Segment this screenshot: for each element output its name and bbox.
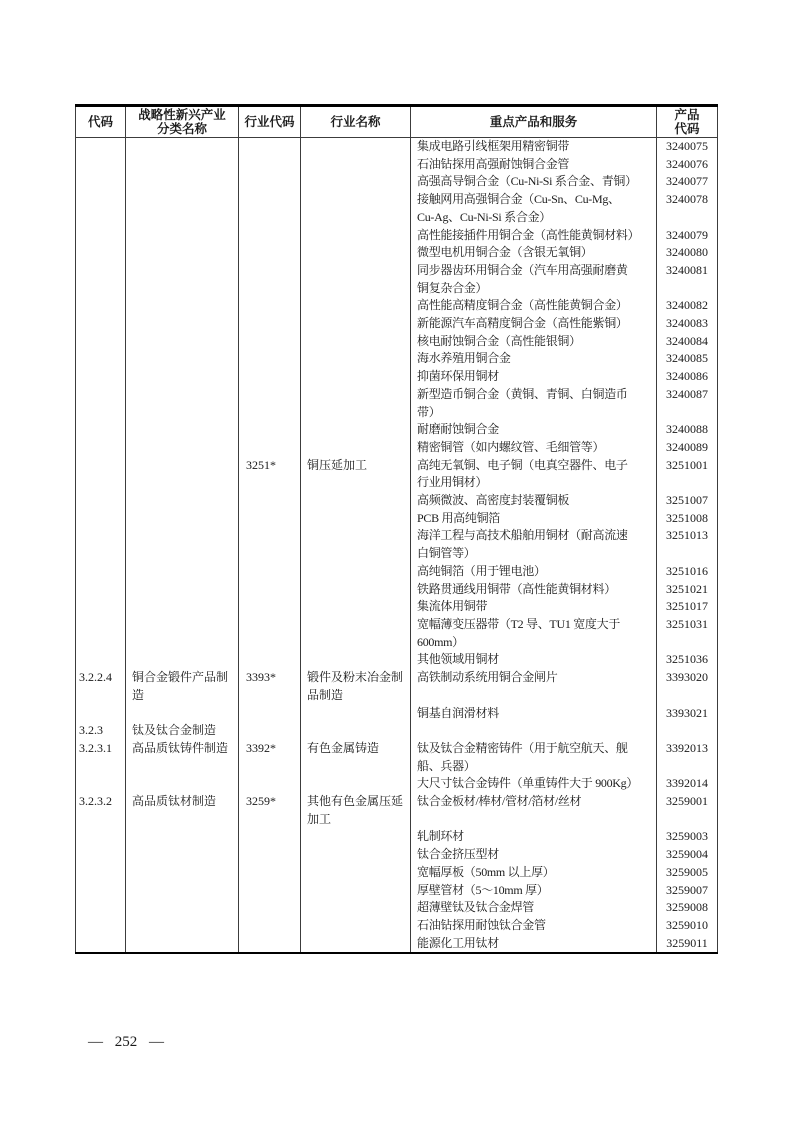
cell-industry-name: [301, 705, 411, 723]
table-row: 精密铜管（如内螺纹管、毛细管等）3240089: [76, 439, 718, 457]
table-row: 集流体用铜带3251017: [76, 598, 718, 616]
cell-category-name: [126, 244, 239, 262]
table-header: 代码战略性新兴产业 分类名称行业代码行业名称重点产品和服务产品 代码: [76, 106, 718, 138]
cell-industry-code: [239, 439, 301, 457]
cell-code: [76, 492, 126, 510]
cell-industry-code: 3392*: [239, 740, 301, 775]
table-row: 新能源汽车高精度铜合金（高性能紫铜）3240083: [76, 315, 718, 333]
cell-product: 宽幅薄变压器带（T2 导、TU1 宽度大于 600mm）: [411, 616, 657, 651]
cell-industry-name: [301, 864, 411, 882]
table-row: 厚壁管材（5～10mm 厚）3259007: [76, 882, 718, 900]
cell-code: [76, 368, 126, 386]
cell-product: 高纯铜箔（用于锂电池）: [411, 563, 657, 581]
cell-product-code: 3259010: [657, 917, 718, 935]
cell-category-name: [126, 333, 239, 351]
cell-code: [76, 651, 126, 669]
cell-product: 超薄壁钛及钛合金焊管: [411, 899, 657, 917]
cell-category-name: [126, 510, 239, 528]
cell-product: 高铁制动系统用铜合金闸片: [411, 669, 657, 704]
cell-product-code: 3240087: [657, 386, 718, 421]
cell-category-name: [126, 616, 239, 651]
table-row: 宽幅薄变压器带（T2 导、TU1 宽度大于 600mm）3251031: [76, 616, 718, 651]
cell-category-name: [126, 882, 239, 900]
cell-product: 高纯无氧铜、电子铜（电真空器件、电子 行业用铜材）: [411, 457, 657, 492]
cell-product: 新型造币铜合金（黄铜、青铜、白铜造币 带）: [411, 386, 657, 421]
cell-industry-code: [239, 935, 301, 954]
cell-category-name: [126, 935, 239, 954]
cell-industry-code: [239, 297, 301, 315]
cell-industry-name: [301, 492, 411, 510]
cell-industry-name: [301, 775, 411, 793]
cell-product: 新能源汽车高精度铜合金（高性能紫铜）: [411, 315, 657, 333]
cell-category-name: [126, 563, 239, 581]
cell-code: [76, 315, 126, 333]
table-row: 海水养殖用铜合金3240085: [76, 350, 718, 368]
cell-industry-name: [301, 882, 411, 900]
cell-industry-name: [301, 421, 411, 439]
table-row: 宽幅厚板（50mm 以上厚）3259005: [76, 864, 718, 882]
cell-category-name: [126, 917, 239, 935]
cell-code: [76, 882, 126, 900]
cell-industry-code: [239, 262, 301, 297]
table-row: 其他领域用铜材3251036: [76, 651, 718, 669]
cell-industry-code: [239, 191, 301, 226]
cell-product: 其他领域用铜材: [411, 651, 657, 669]
cell-code: 3.2.3: [76, 722, 126, 740]
cell-industry-code: 3259*: [239, 793, 301, 828]
cell-code: [76, 616, 126, 651]
cell-product-code: 3393021: [657, 705, 718, 723]
cell-product-code: 3393020: [657, 669, 718, 704]
table-row: 轧制环材3259003: [76, 828, 718, 846]
cell-code: [76, 563, 126, 581]
cell-product-code: 3251021: [657, 581, 718, 599]
cell-product: 石油钻探用高强耐蚀铜合金管: [411, 156, 657, 174]
cell-category-name: [126, 846, 239, 864]
header-product-code: 产品 代码: [657, 106, 718, 138]
table-row: 3.2.3钛及钛合金制造: [76, 722, 718, 740]
cell-product: 耐磨耐蚀铜合金: [411, 421, 657, 439]
cell-industry-name: [301, 917, 411, 935]
cell-product: 轧制环材: [411, 828, 657, 846]
cell-category-name: [126, 527, 239, 562]
cell-code: [76, 386, 126, 421]
cell-industry-name: [301, 828, 411, 846]
cell-industry-code: 3393*: [239, 669, 301, 704]
cell-code: [76, 864, 126, 882]
cell-code: [76, 138, 126, 156]
cell-product-code: 3259007: [657, 882, 718, 900]
table-row: 海洋工程与高技术船舶用铜材（耐高流速 白铜管等）3251013: [76, 527, 718, 562]
document-page: 代码战略性新兴产业 分类名称行业代码行业名称重点产品和服务产品 代码 集成电路引…: [0, 0, 793, 1122]
cell-code: [76, 227, 126, 245]
cell-industry-name: [301, 138, 411, 156]
cell-category-name: [126, 828, 239, 846]
cell-code: [76, 705, 126, 723]
cell-code: 3.2.3.1: [76, 740, 126, 775]
cell-category-name: [126, 705, 239, 723]
cell-code: [76, 846, 126, 864]
cell-industry-code: [239, 510, 301, 528]
cell-code: 3.2.3.2: [76, 793, 126, 828]
header-key-products: 重点产品和服务: [411, 106, 657, 138]
cell-industry-name: [301, 156, 411, 174]
cell-product: 能源化工用钛材: [411, 935, 657, 954]
cell-industry-name: [301, 581, 411, 599]
cell-product: [411, 722, 657, 740]
cell-code: [76, 828, 126, 846]
table-row: 3.2.3.2高品质钛材制造3259*其他有色金属压延 加工钛合金板材/棒材/管…: [76, 793, 718, 828]
cell-industry-name: [301, 386, 411, 421]
cell-code: [76, 935, 126, 954]
cell-product-code: 3392014: [657, 775, 718, 793]
cell-product-code: 3259004: [657, 846, 718, 864]
cell-code: [76, 350, 126, 368]
cell-industry-name: [301, 527, 411, 562]
cell-code: [76, 421, 126, 439]
cell-product-code: 3259001: [657, 793, 718, 828]
cell-product-code: 3251031: [657, 616, 718, 651]
cell-product: 高强高导铜合金（Cu-Ni-Si 系合金、青铜）: [411, 173, 657, 191]
table-row: 集成电路引线框架用精密铜带3240075: [76, 138, 718, 156]
cell-product-code: 3240079: [657, 227, 718, 245]
cell-product: 精密铜管（如内螺纹管、毛细管等）: [411, 439, 657, 457]
cell-product: 集成电路引线框架用精密铜带: [411, 138, 657, 156]
cell-category-name: [126, 439, 239, 457]
cell-product: 海洋工程与高技术船舶用铜材（耐高流速 白铜管等）: [411, 527, 657, 562]
table-row: 超薄壁钛及钛合金焊管3259008: [76, 899, 718, 917]
cell-industry-code: [239, 882, 301, 900]
cell-code: [76, 191, 126, 226]
header-industry-code: 行业代码: [239, 106, 301, 138]
cell-product: 铜基自润滑材料: [411, 705, 657, 723]
cell-industry-code: [239, 227, 301, 245]
cell-industry-name: [301, 899, 411, 917]
cell-industry-name: [301, 598, 411, 616]
header-category-name: 战略性新兴产业 分类名称: [126, 106, 239, 138]
cell-product-code: 3251016: [657, 563, 718, 581]
table-row: 高强高导铜合金（Cu-Ni-Si 系合金、青铜）3240077: [76, 173, 718, 191]
cell-product-code: [657, 722, 718, 740]
cell-industry-name: [301, 227, 411, 245]
cell-product: 宽幅厚板（50mm 以上厚）: [411, 864, 657, 882]
cell-industry-name: [301, 935, 411, 954]
cell-product-code: 3240076: [657, 156, 718, 174]
cell-category-name: [126, 651, 239, 669]
cell-product-code: 3240085: [657, 350, 718, 368]
cell-industry-code: [239, 350, 301, 368]
cell-product: 石油钻探用耐蚀钛合金管: [411, 917, 657, 935]
table-row: 同步器齿环用铜合金（汽车用高强耐磨黄 铜复杂合金）3240081: [76, 262, 718, 297]
cell-category-name: [126, 581, 239, 599]
table-header-row: 代码战略性新兴产业 分类名称行业代码行业名称重点产品和服务产品 代码: [76, 106, 718, 138]
cell-product-code: 3251008: [657, 510, 718, 528]
cell-category-name: [126, 864, 239, 882]
cell-industry-code: [239, 492, 301, 510]
cell-industry-code: [239, 846, 301, 864]
cell-category-name: [126, 315, 239, 333]
cell-product-code: 3240081: [657, 262, 718, 297]
cell-industry-code: [239, 315, 301, 333]
cell-product-code: 3240086: [657, 368, 718, 386]
cell-industry-code: [239, 705, 301, 723]
cell-code: [76, 333, 126, 351]
cell-category-name: [126, 227, 239, 245]
table-body: 集成电路引线框架用精密铜带3240075石油钻探用高强耐蚀铜合金管3240076…: [76, 138, 718, 954]
table-row: 高纯铜箔（用于锂电池）3251016: [76, 563, 718, 581]
cell-category-name: [126, 386, 239, 421]
cell-industry-code: [239, 598, 301, 616]
cell-product-code: 3240088: [657, 421, 718, 439]
cell-code: [76, 899, 126, 917]
cell-industry-code: [239, 563, 301, 581]
cell-category-name: [126, 156, 239, 174]
cell-product-code: 3240080: [657, 244, 718, 262]
cell-industry-name: 锻件及粉末冶金制 品制造: [301, 669, 411, 704]
cell-product: PCB 用高纯铜箔: [411, 510, 657, 528]
cell-product-code: 3240077: [657, 173, 718, 191]
cell-category-name: 铜合金锻件产品制 造: [126, 669, 239, 704]
cell-category-name: [126, 421, 239, 439]
cell-product: 大尺寸钛合金铸件（单重铸件大于 900Kg）: [411, 775, 657, 793]
cell-industry-name: [301, 368, 411, 386]
cell-industry-code: [239, 651, 301, 669]
header-industry-name: 行业名称: [301, 106, 411, 138]
cell-industry-code: 3251*: [239, 457, 301, 492]
cell-product-code: 3259011: [657, 935, 718, 954]
cell-industry-code: [239, 138, 301, 156]
cell-industry-code: [239, 917, 301, 935]
table-row: 抑菌环保用铜材3240086: [76, 368, 718, 386]
cell-product: 钛及钛合金精密铸件（用于航空航天、舰 船、兵器）: [411, 740, 657, 775]
cell-category-name: 高品质钛铸件制造: [126, 740, 239, 775]
cell-product: 高性能接插件用铜合金（高性能黄铜材料）: [411, 227, 657, 245]
cell-product-code: 3392013: [657, 740, 718, 775]
cell-category-name: [126, 350, 239, 368]
cell-industry-name: [301, 262, 411, 297]
cell-industry-name: 有色金属铸造: [301, 740, 411, 775]
cell-category-name: [126, 457, 239, 492]
cell-category-name: [126, 173, 239, 191]
cell-code: [76, 262, 126, 297]
cell-product: 同步器齿环用铜合金（汽车用高强耐磨黄 铜复杂合金）: [411, 262, 657, 297]
cell-category-name: 钛及钛合金制造: [126, 722, 239, 740]
cell-industry-name: [301, 651, 411, 669]
cell-product: 接触网用高强铜合金（Cu-Sn、Cu-Mg、 Cu-Ag、Cu-Ni-Si 系合…: [411, 191, 657, 226]
cell-category-name: [126, 368, 239, 386]
cell-industry-name: [301, 244, 411, 262]
cell-product: 铁路贯通线用铜带（高性能黄铜材料）: [411, 581, 657, 599]
cell-product-code: 3240075: [657, 138, 718, 156]
cell-product: 钛合金挤压型材: [411, 846, 657, 864]
cell-industry-code: [239, 527, 301, 562]
cell-industry-name: [301, 563, 411, 581]
cell-industry-code: [239, 173, 301, 191]
cell-product-code: 3251007: [657, 492, 718, 510]
cell-industry-name: [301, 846, 411, 864]
cell-industry-code: [239, 156, 301, 174]
cell-industry-name: [301, 315, 411, 333]
table-row: 铜基自润滑材料3393021: [76, 705, 718, 723]
cell-product: 核电耐蚀铜合金（高性能银铜）: [411, 333, 657, 351]
cell-industry-code: [239, 386, 301, 421]
header-code: 代码: [76, 106, 126, 138]
cell-industry-code: [239, 828, 301, 846]
cell-industry-code: [239, 244, 301, 262]
cell-code: [76, 775, 126, 793]
cell-product-code: 3251001: [657, 457, 718, 492]
cell-code: [76, 173, 126, 191]
cell-industry-code: [239, 899, 301, 917]
table-row: 能源化工用钛材3259011: [76, 935, 718, 954]
cell-industry-name: [301, 333, 411, 351]
cell-industry-code: [239, 581, 301, 599]
table-row: 新型造币铜合金（黄铜、青铜、白铜造币 带）3240087: [76, 386, 718, 421]
cell-product-code: 3240089: [657, 439, 718, 457]
table-row: 高性能高精度铜合金（高性能黄铜合金）3240082: [76, 297, 718, 315]
cell-product: 抑菌环保用铜材: [411, 368, 657, 386]
cell-code: [76, 156, 126, 174]
cell-product-code: 3240084: [657, 333, 718, 351]
cell-category-name: 高品质钛材制造: [126, 793, 239, 828]
table-row: 大尺寸钛合金铸件（单重铸件大于 900Kg）3392014: [76, 775, 718, 793]
cell-category-name: [126, 492, 239, 510]
cell-code: [76, 598, 126, 616]
table-row: PCB 用高纯铜箔3251008: [76, 510, 718, 528]
cell-industry-name: [301, 191, 411, 226]
table-row: 高频微波、高密度封装覆铜板3251007: [76, 492, 718, 510]
cell-product: 高频微波、高密度封装覆铜板: [411, 492, 657, 510]
cell-industry-name: [301, 439, 411, 457]
cell-code: [76, 297, 126, 315]
table-row: 3.2.2.4铜合金锻件产品制 造3393*锻件及粉末冶金制 品制造高铁制动系统…: [76, 669, 718, 704]
cell-product-code: 3259008: [657, 899, 718, 917]
cell-category-name: [126, 138, 239, 156]
cell-product-code: 3251017: [657, 598, 718, 616]
cell-industry-name: [301, 350, 411, 368]
cell-product-code: 3259003: [657, 828, 718, 846]
table-row: 核电耐蚀铜合金（高性能银铜）3240084: [76, 333, 718, 351]
cell-product-code: 3251013: [657, 527, 718, 562]
cell-product: 钛合金板材/棒材/管材/箔材/丝材: [411, 793, 657, 828]
cell-code: [76, 244, 126, 262]
cell-product-code: 3251036: [657, 651, 718, 669]
cell-industry-code: [239, 421, 301, 439]
cell-code: 3.2.2.4: [76, 669, 126, 704]
table-row: 铁路贯通线用铜带（高性能黄铜材料）3251021: [76, 581, 718, 599]
table-row: 石油钻探用耐蚀钛合金管3259010: [76, 917, 718, 935]
cell-product-code: 3240083: [657, 315, 718, 333]
cell-product: 海水养殖用铜合金: [411, 350, 657, 368]
cell-industry-name: [301, 616, 411, 651]
cell-code: [76, 457, 126, 492]
cell-industry-code: [239, 333, 301, 351]
table-row: 钛合金挤压型材3259004: [76, 846, 718, 864]
cell-product-code: 3240078: [657, 191, 718, 226]
cell-category-name: [126, 775, 239, 793]
cell-industry-code: [239, 722, 301, 740]
cell-code: [76, 581, 126, 599]
cell-product: 微型电机用铜合金（含银无氧铜）: [411, 244, 657, 262]
table-row: 耐磨耐蚀铜合金3240088: [76, 421, 718, 439]
cell-industry-name: [301, 297, 411, 315]
cell-product: 集流体用铜带: [411, 598, 657, 616]
table-row: 3251*铜压延加工高纯无氧铜、电子铜（电真空器件、电子 行业用铜材）32510…: [76, 457, 718, 492]
cell-industry-name: [301, 173, 411, 191]
table-row: 微型电机用铜合金（含银无氧铜）3240080: [76, 244, 718, 262]
page-number: — 252 —: [88, 1034, 164, 1051]
cell-product-code: 3259005: [657, 864, 718, 882]
cell-category-name: [126, 191, 239, 226]
table-row: 3.2.3.1高品质钛铸件制造3392*有色金属铸造钛及钛合金精密铸件（用于航空…: [76, 740, 718, 775]
cell-industry-code: [239, 775, 301, 793]
cell-industry-name: [301, 722, 411, 740]
table-row: 接触网用高强铜合金（Cu-Sn、Cu-Mg、 Cu-Ag、Cu-Ni-Si 系合…: [76, 191, 718, 226]
cell-code: [76, 917, 126, 935]
cell-industry-name: [301, 510, 411, 528]
cell-code: [76, 527, 126, 562]
table-row: 石油钻探用高强耐蚀铜合金管3240076: [76, 156, 718, 174]
cell-industry-code: [239, 616, 301, 651]
cell-industry-code: [239, 368, 301, 386]
cell-category-name: [126, 899, 239, 917]
cell-industry-name: 铜压延加工: [301, 457, 411, 492]
cell-code: [76, 439, 126, 457]
cell-category-name: [126, 598, 239, 616]
industry-classification-table: 代码战略性新兴产业 分类名称行业代码行业名称重点产品和服务产品 代码 集成电路引…: [75, 104, 718, 954]
cell-product: 高性能高精度铜合金（高性能黄铜合金）: [411, 297, 657, 315]
cell-category-name: [126, 262, 239, 297]
cell-code: [76, 510, 126, 528]
cell-product-code: 3240082: [657, 297, 718, 315]
cell-product: 厚壁管材（5～10mm 厚）: [411, 882, 657, 900]
cell-industry-code: [239, 864, 301, 882]
cell-industry-name: 其他有色金属压延 加工: [301, 793, 411, 828]
table-row: 高性能接插件用铜合金（高性能黄铜材料）3240079: [76, 227, 718, 245]
cell-category-name: [126, 297, 239, 315]
